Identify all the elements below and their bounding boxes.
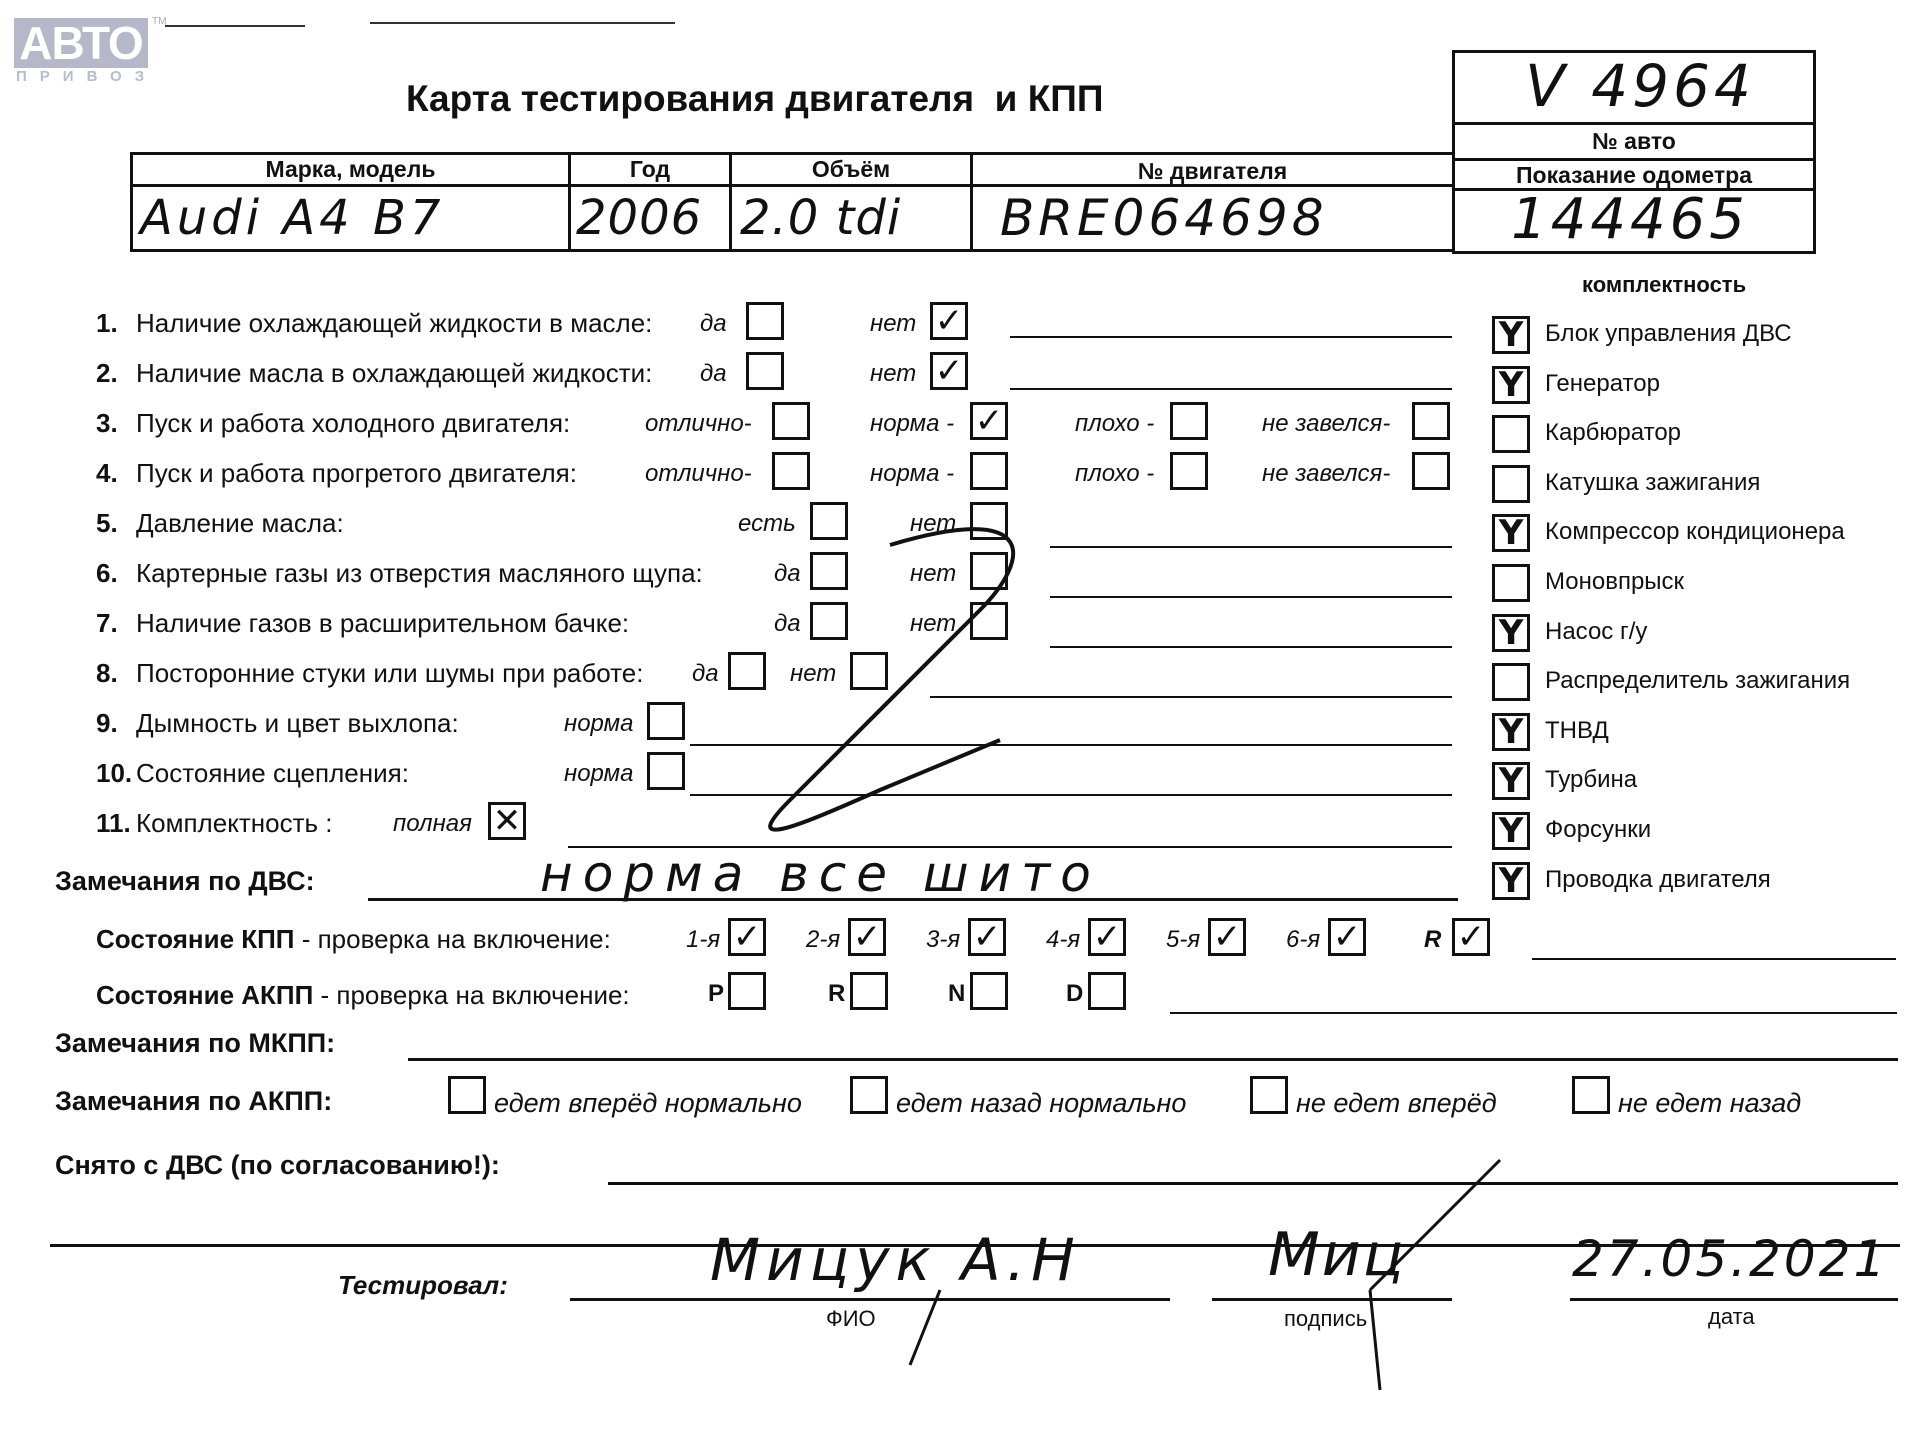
name-stroke xyxy=(910,1290,940,1365)
handwriting-strokes xyxy=(0,0,1920,1440)
signature-stroke xyxy=(1370,1290,1380,1390)
strike-through-stroke xyxy=(770,529,1013,830)
signature-stroke xyxy=(1370,1160,1500,1290)
